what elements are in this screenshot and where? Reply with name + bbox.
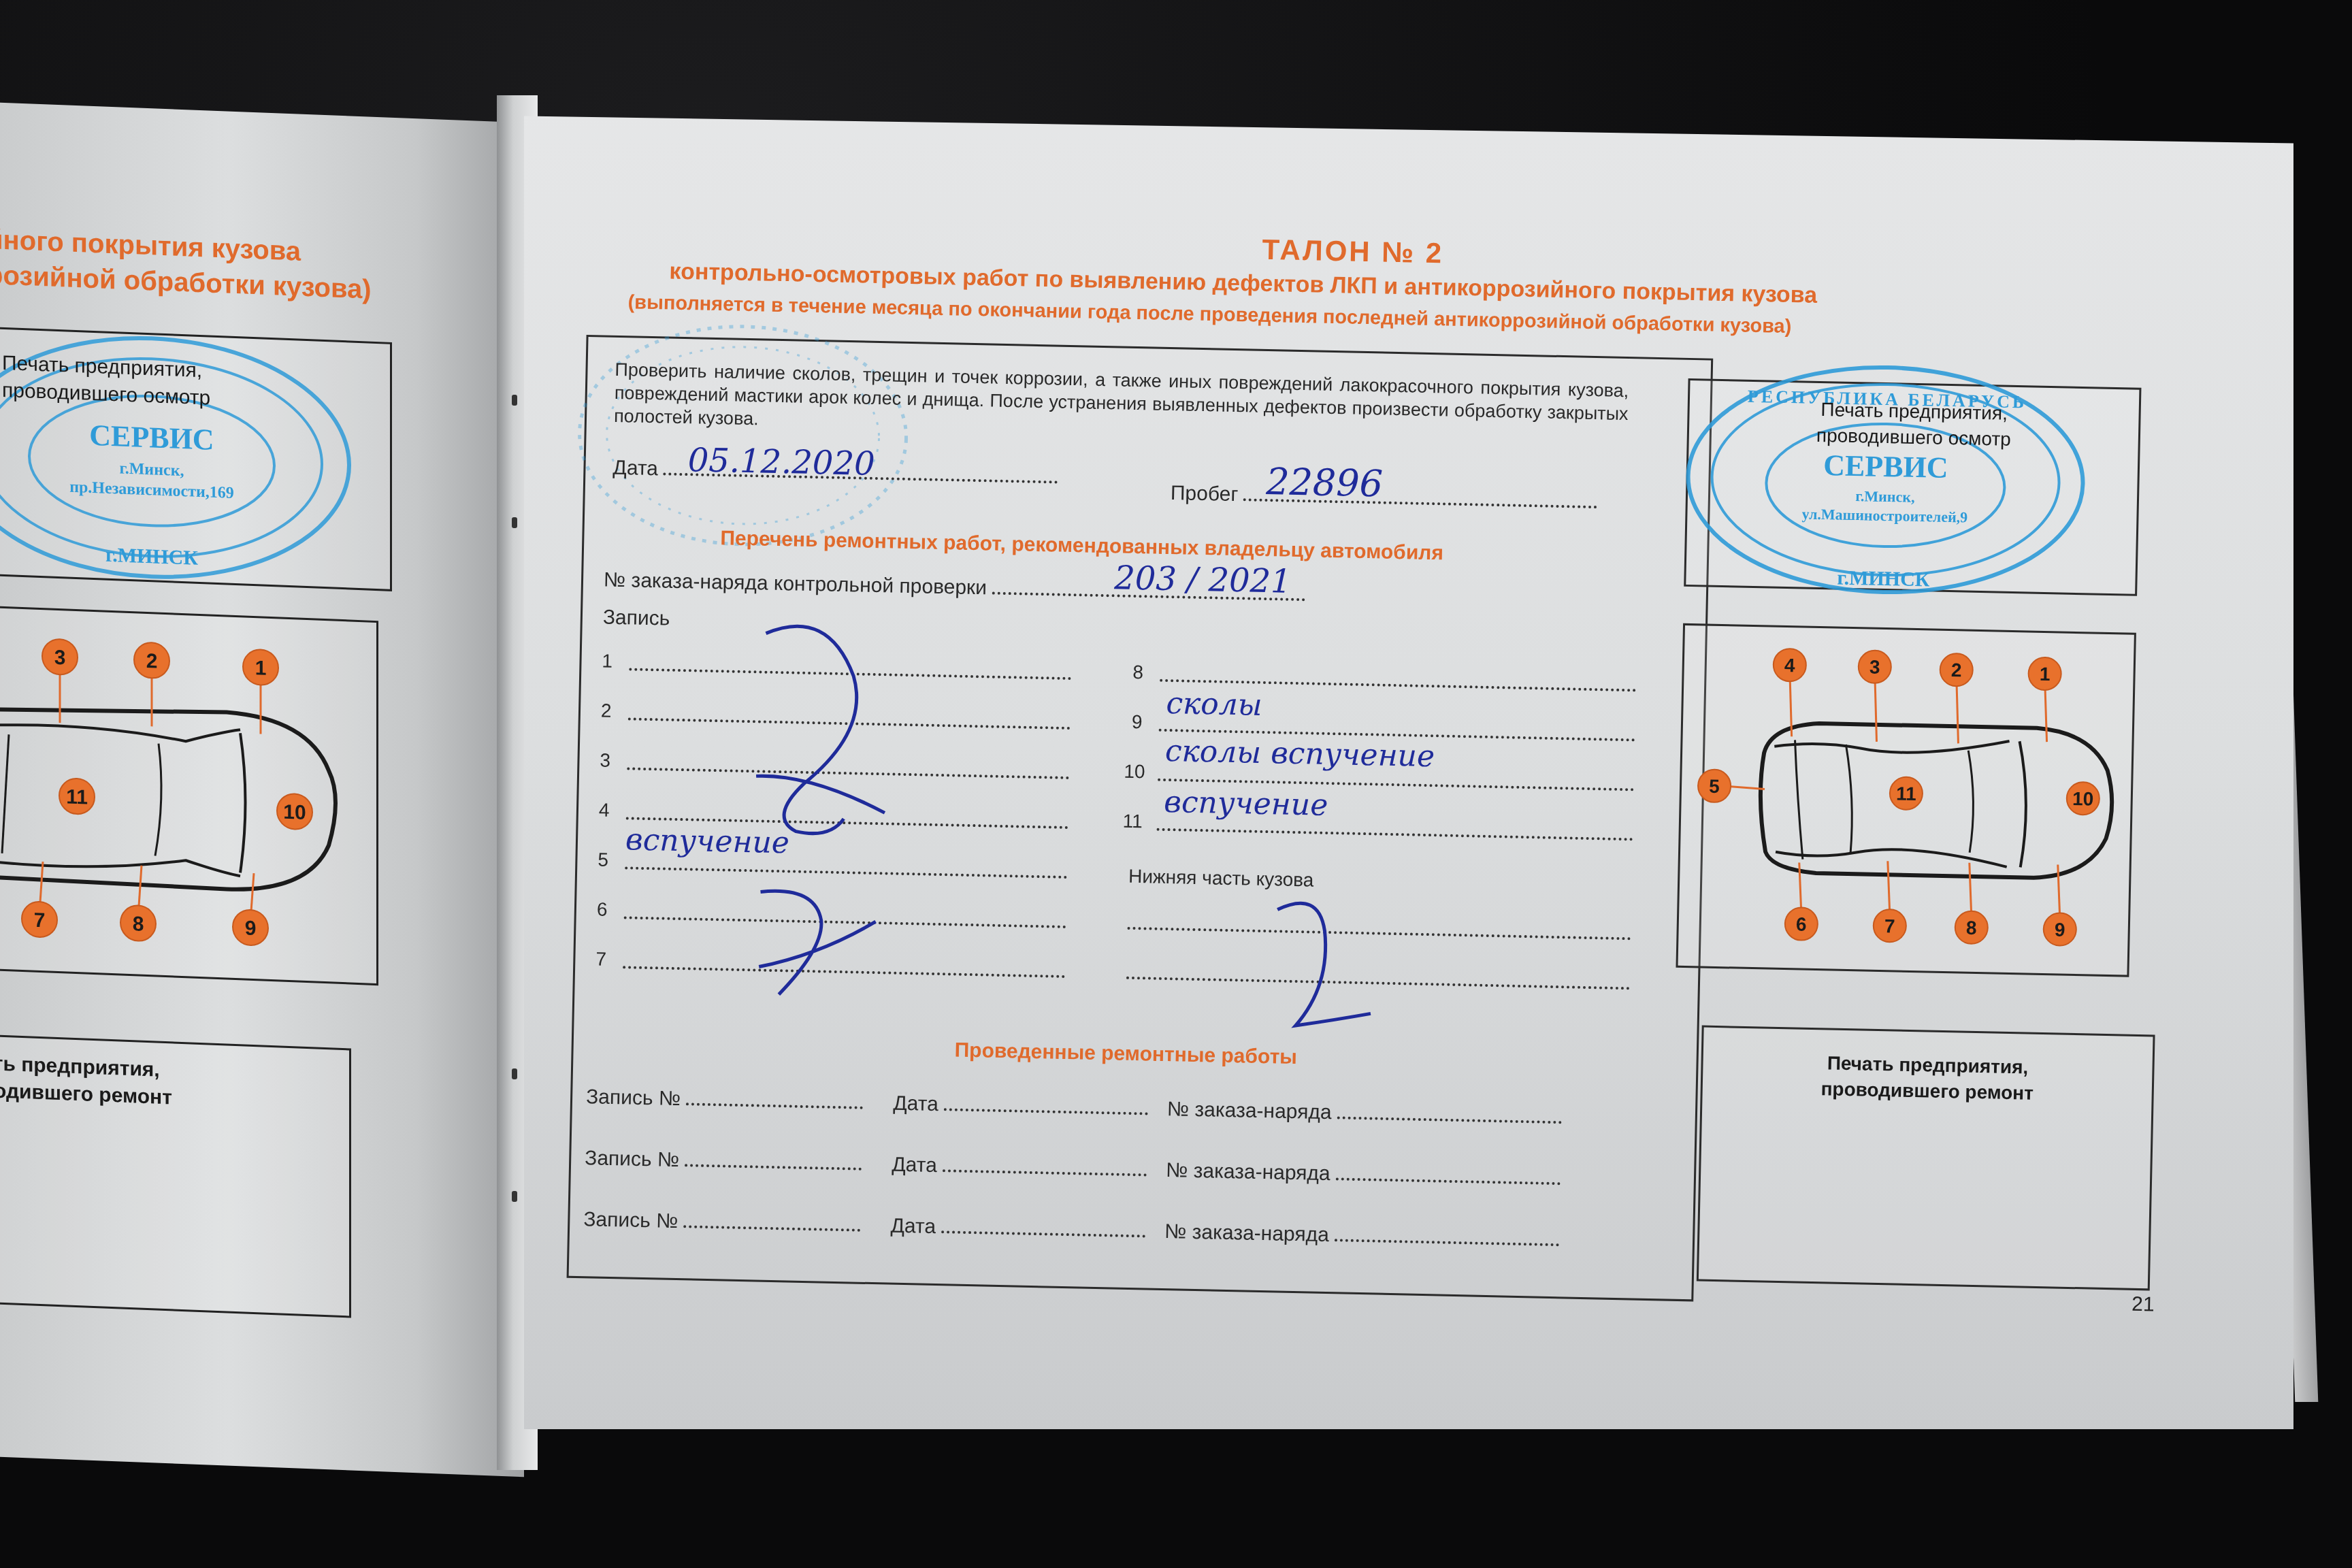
staple xyxy=(512,1191,517,1202)
entry-line-11[interactable] xyxy=(1157,828,1633,841)
entry-number: 1 xyxy=(602,651,612,672)
inspection-instructions: Проверить наличие сколов, трещин и точек… xyxy=(614,358,1629,448)
talon-title: ТАЛОН № 2 xyxy=(1262,233,1444,270)
svg-text:9: 9 xyxy=(245,917,257,941)
repair-stamp-box: Печать предприятия, проводившего ремонт xyxy=(1697,1026,2155,1291)
inspection-stamp-box: СЕРВИС г.Минск, ул.Машиностроителей,9 г.… xyxy=(1684,378,2141,596)
left-repair-stamp-caption: ать предприятия, водившего ремонт xyxy=(0,1050,172,1112)
svg-text:4: 4 xyxy=(1784,655,1796,676)
svg-text:6: 6 xyxy=(1796,913,1807,934)
entry-number: 5 xyxy=(598,849,608,871)
entries-label: Запись xyxy=(603,606,670,631)
svg-text:г.МИНСК: г.МИНСК xyxy=(105,544,198,570)
underbody-line-2[interactable] xyxy=(1126,977,1630,990)
completed-row[interactable]: Запись № Дата № заказа-наряда xyxy=(585,1147,1561,1190)
svg-text:г.МИНСК: г.МИНСК xyxy=(1837,567,1930,591)
inspection-stamp-caption: Печать предприятия, проводившего осмотр xyxy=(1689,394,2139,455)
entry-number: 3 xyxy=(600,750,610,772)
entry-9-handwritten: сколы xyxy=(1166,686,1262,723)
entry-number: 10 xyxy=(1124,761,1145,783)
svg-text:3: 3 xyxy=(54,647,66,670)
entry-line-3[interactable] xyxy=(627,767,1069,779)
date-value-handwritten: 05.12.2020 xyxy=(687,441,875,483)
svg-text:ул.Машиностроителей,9: ул.Машиностроителей,9 xyxy=(1801,505,1967,525)
strike-mark-entries-6-7 xyxy=(738,878,890,1017)
faint-stamp-ink xyxy=(563,309,922,561)
car-top-view-icon: 4 3 2 1 5 11 10 6 7 8 9 xyxy=(1678,625,2134,975)
left-car-diagram: 3 2 1 11 10 7 8 9 xyxy=(0,606,378,986)
underbody-line-1[interactable] xyxy=(1127,927,1631,940)
svg-text:8: 8 xyxy=(1966,917,1977,938)
service-stamp-ink: СЕРВИС г.Минск, ул.Машиностроителей,9 г.… xyxy=(1679,353,2106,607)
left-repair-stamp-box: ать предприятия, водившего ремонт xyxy=(0,1034,351,1318)
left-header-line-2: розийной обработки кузова) xyxy=(0,260,372,306)
svg-text:1: 1 xyxy=(2040,664,2051,685)
recommended-works-title: Перечень ремонтных работ, рекомендованны… xyxy=(720,527,1443,565)
svg-text:7: 7 xyxy=(1884,915,1895,936)
strike-mark-underbody xyxy=(1254,889,1380,1041)
completed-works-table: Запись № Дата № заказа-наряда Запись № Д… xyxy=(589,337,1712,361)
entry-line-1[interactable] xyxy=(629,668,1071,680)
entries-right-column: 8 9 сколы 10 сколы вспучение 11 вспучени… xyxy=(589,337,1712,361)
entry-line-7[interactable] xyxy=(623,966,1065,978)
svg-text:г.Минск,: г.Минск, xyxy=(120,460,184,480)
entry-5-handwritten: вспучение xyxy=(625,822,790,860)
staple xyxy=(512,395,517,406)
mileage-field[interactable]: Пробег xyxy=(1171,482,1598,514)
svg-text:7: 7 xyxy=(34,909,46,932)
left-inspection-stamp-box: СЕРВИС г.Минск, пр.Независимости,169 г.М… xyxy=(0,327,392,591)
svg-text:11: 11 xyxy=(66,786,88,809)
svg-text:2: 2 xyxy=(146,650,158,673)
entry-number: 9 xyxy=(1132,711,1143,733)
entry-number: 7 xyxy=(595,949,606,970)
right-page: ТАЛОН № 2 контрольно-осмотровых работ по… xyxy=(524,61,2293,1429)
completed-works-title: Проведенные ремонтные работы xyxy=(954,1039,1297,1070)
inspection-form: Проверить наличие сколов, трещин и точек… xyxy=(567,335,1714,1301)
entry-number: 8 xyxy=(1132,661,1143,683)
entry-number: 11 xyxy=(1122,811,1143,833)
entry-number: 2 xyxy=(601,700,612,722)
entry-line-5[interactable] xyxy=(625,866,1067,879)
svg-text:11: 11 xyxy=(1896,783,1916,804)
svg-text:5: 5 xyxy=(1709,776,1720,797)
svg-text:8: 8 xyxy=(133,913,144,936)
left-page: йного покрытия кузова розийной обработки… xyxy=(0,102,524,1477)
entry-number: 6 xyxy=(597,899,608,921)
entries-left-column: 1 2 3 4 5 вспучение 6 7 xyxy=(589,337,1712,361)
svg-text:2: 2 xyxy=(1951,659,1962,681)
underbody-label: Нижняя часть кузова xyxy=(1128,866,1314,892)
page-number: 21 xyxy=(2131,1293,2155,1317)
entry-line-6[interactable] xyxy=(624,916,1066,928)
svg-text:9: 9 xyxy=(2055,919,2065,940)
entry-line-2[interactable] xyxy=(628,717,1071,730)
staple xyxy=(512,1068,517,1079)
completed-row[interactable]: Запись № Дата № заказа-наряда xyxy=(586,1085,1562,1129)
entry-number: 4 xyxy=(599,800,610,821)
strike-mark-entries-1-4 xyxy=(741,612,916,840)
svg-text:пр.Независимости,169: пр.Независимости,169 xyxy=(69,478,234,502)
left-header-line-1: йного покрытия кузова xyxy=(0,225,301,267)
entry-11-handwritten: вспучение xyxy=(1164,785,1328,823)
svg-text:1: 1 xyxy=(255,657,267,680)
svg-text:10: 10 xyxy=(283,801,306,824)
mileage-value-handwritten: 22896 xyxy=(1266,460,1384,506)
repair-stamp-caption: Печать предприятия, проводившего ремонт xyxy=(1702,1048,2152,1109)
car-top-view-icon: 3 2 1 11 10 7 8 9 xyxy=(0,608,376,983)
stamp-center: СЕРВИС xyxy=(1823,448,1948,485)
control-order-value-handwritten: 203 / 2021 xyxy=(1114,559,1292,600)
svg-text:3: 3 xyxy=(1869,657,1880,678)
car-diagram: 4 3 2 1 5 11 10 6 7 8 9 xyxy=(1676,623,2136,977)
svg-text:г.Минск,: г.Минск, xyxy=(1855,487,1915,506)
completed-row[interactable]: Запись № Дата № заказа-наряда xyxy=(583,1208,1559,1252)
left-stamp-center: СЕРВИС xyxy=(89,419,214,457)
svg-text:10: 10 xyxy=(2072,788,2094,810)
staple xyxy=(512,517,517,528)
left-inspection-stamp-caption: Печать предприятия, проводившего осмотр xyxy=(2,350,210,412)
entry-10-handwritten: сколы вспучение xyxy=(1164,734,1435,774)
